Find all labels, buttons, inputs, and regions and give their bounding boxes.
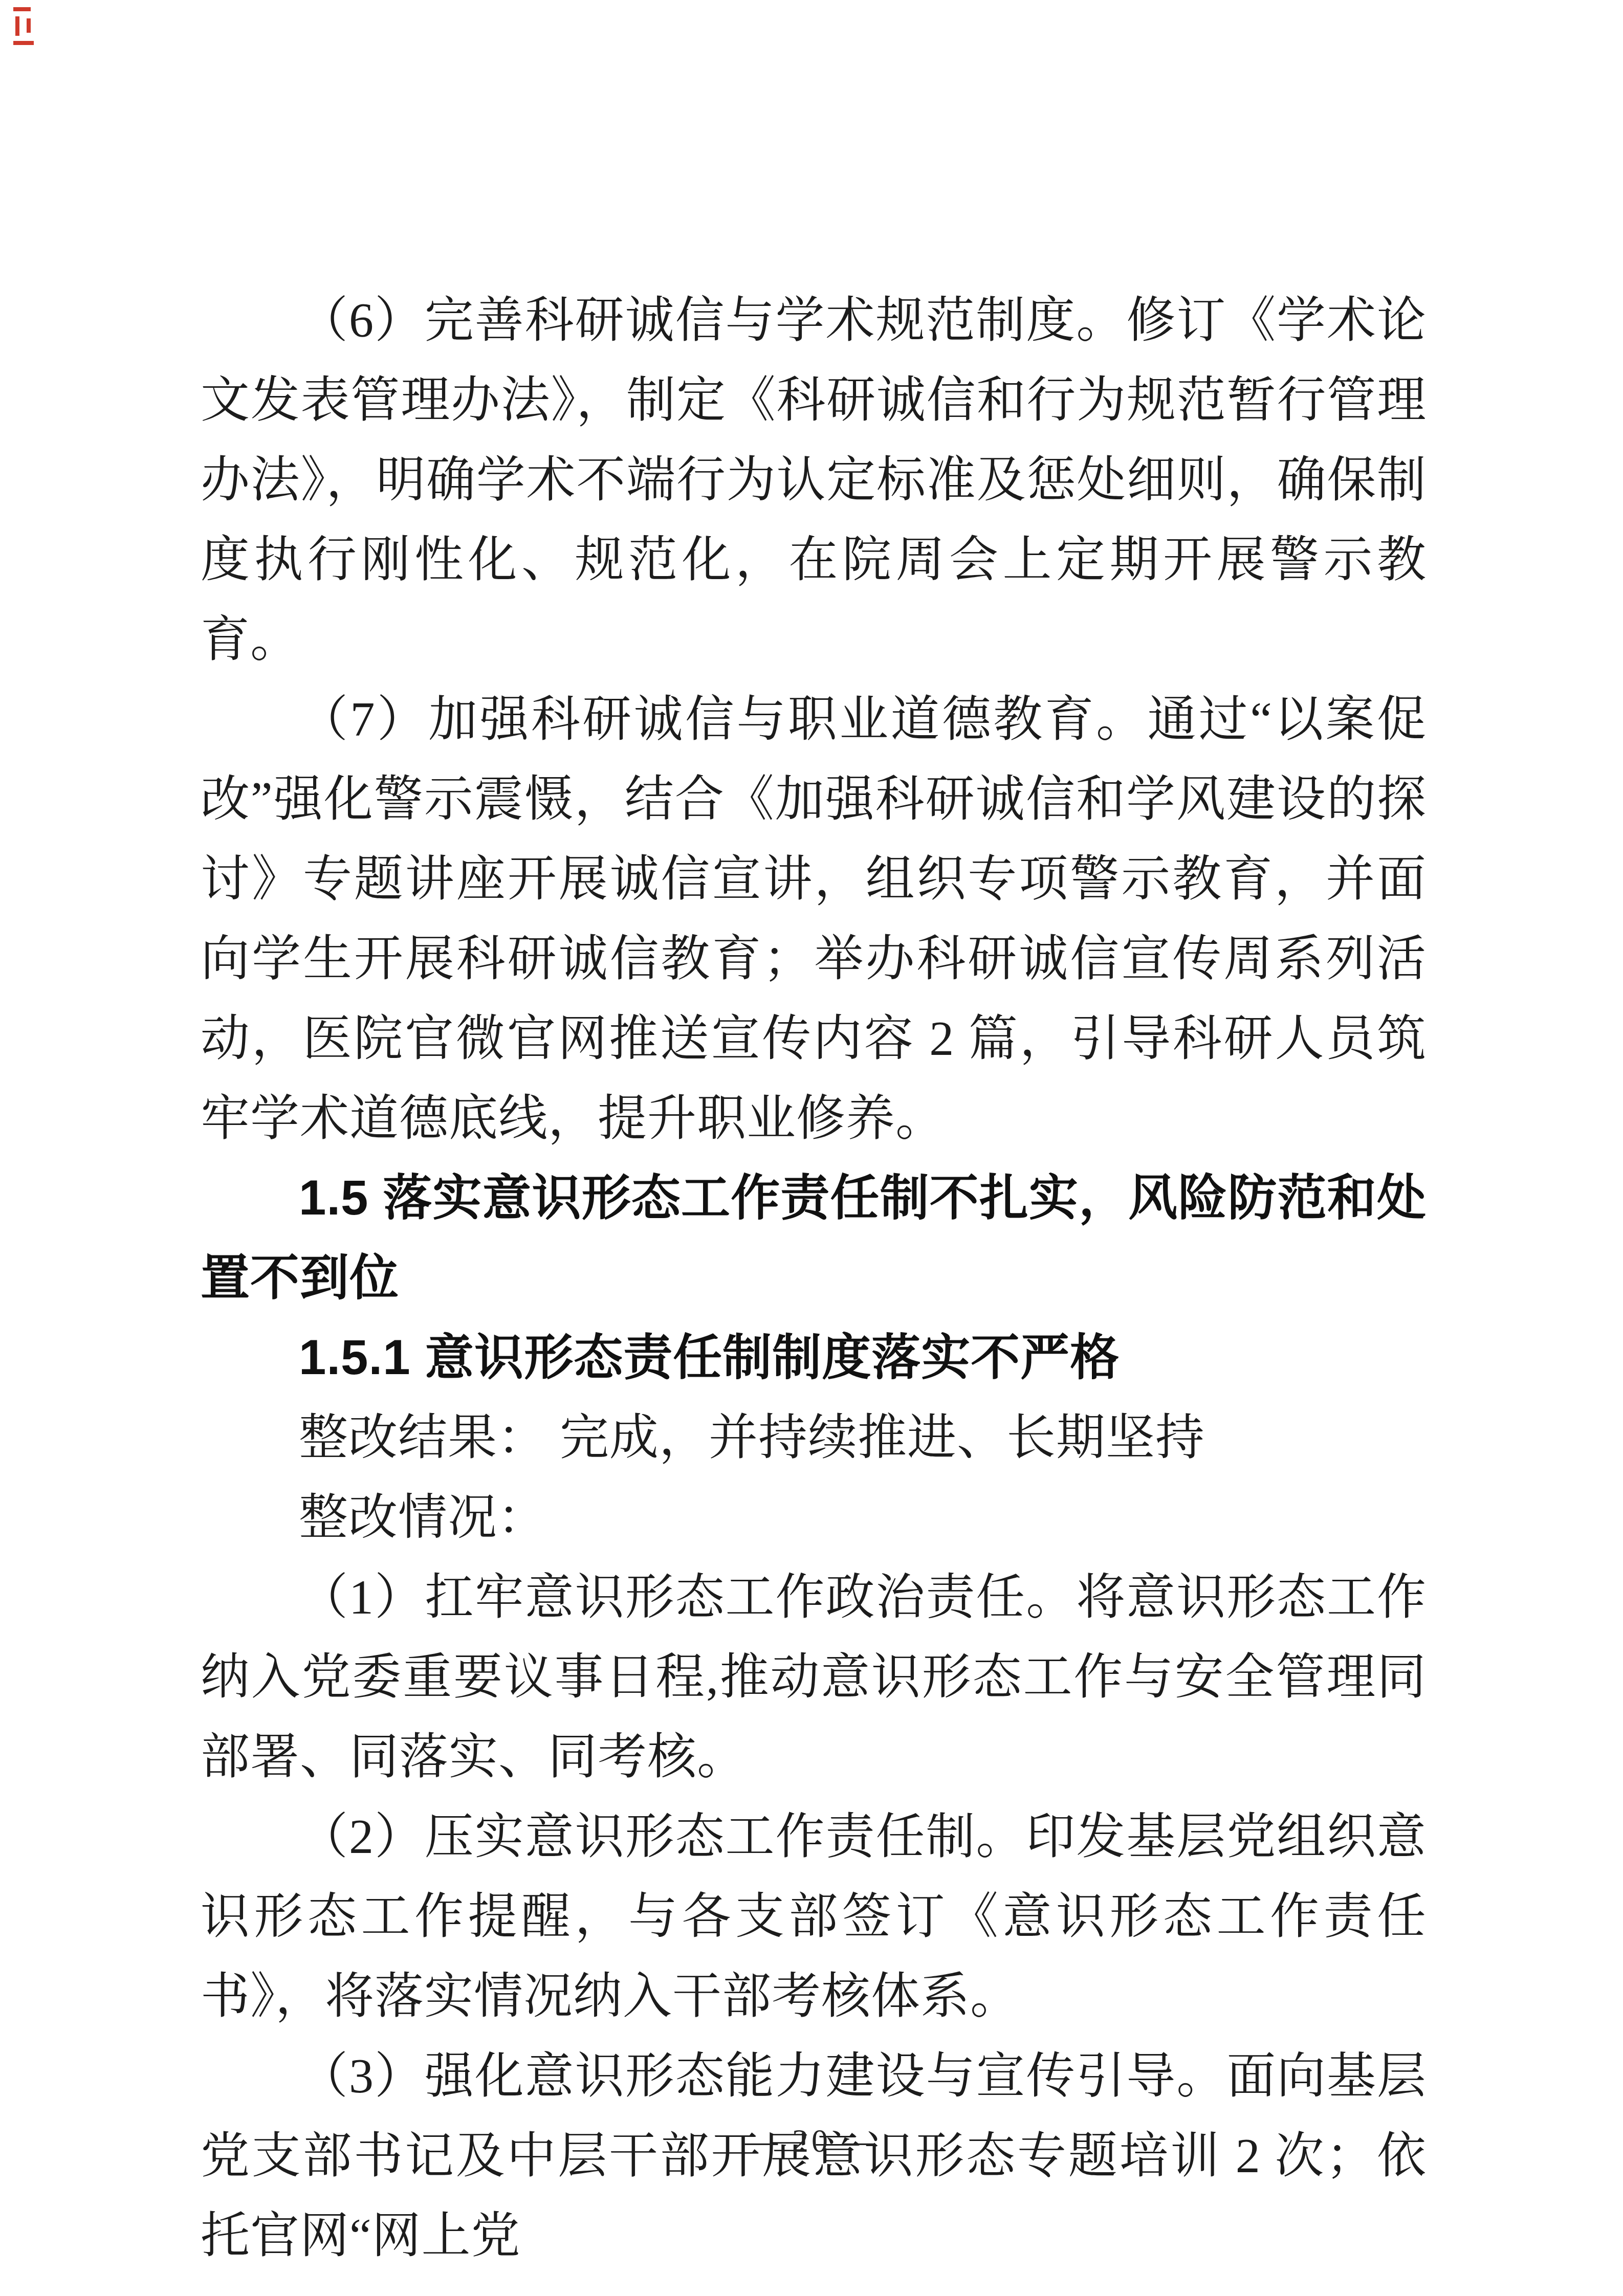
rectification-result-line: 整改结果： 完成，并持续推进、长期坚持 [201, 1398, 1427, 1477]
document-page: （6）完善科研诚信与学术规范制度。修订《学术论文发表管理办法》，制定《科研诚信和… [0, 0, 1623, 2296]
red-edge-artifact [13, 41, 34, 45]
red-edge-artifact [27, 18, 31, 33]
page-number: — 20 — [0, 2122, 1623, 2160]
text-block: （6）完善科研诚信与学术规范制度。修订《学术论文发表管理办法》，制定《科研诚信和… [201, 280, 1427, 2276]
red-edge-artifact [15, 16, 19, 36]
section-heading-1-5: 1.5 落实意识形态工作责任制不扎实，风险防范和处置不到位 [201, 1158, 1427, 1318]
paragraph-item-2: （2）压实意识形态工作责任制。印发基层党组织意识形态工作提醒，与各支部签订《意识… [201, 1797, 1427, 2036]
paragraph-item-1: （1）扛牢意识形态工作政治责任。将意识形态工作纳入党委重要议事日程,推动意识形态… [201, 1557, 1427, 1797]
paragraph-item-6: （6）完善科研诚信与学术规范制度。修订《学术论文发表管理办法》，制定《科研诚信和… [201, 280, 1427, 679]
rectification-status-line: 整改情况： [201, 1477, 1427, 1557]
subsection-heading-1-5-1: 1.5.1 意识形态责任制制度落实不严格 [201, 1318, 1427, 1398]
red-edge-artifact [13, 7, 31, 11]
paragraph-item-7: （7）加强科研诚信与职业道德教育。通过“以案促改”强化警示震慑，结合《加强科研诚… [201, 679, 1427, 1158]
